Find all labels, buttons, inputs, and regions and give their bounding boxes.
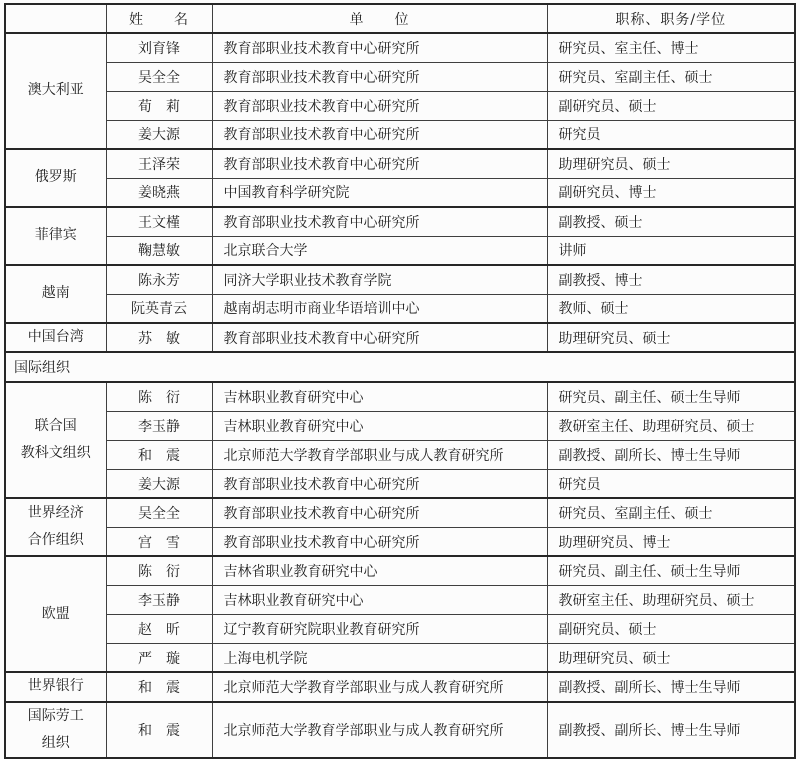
- name-cell: 姜晓燕: [106, 178, 212, 207]
- member-row: 姜晓燕中国教育科学研究院副研究员、博士: [5, 178, 795, 207]
- member-row: 阮英青云越南胡志明市商业华语培训中心教师、硕士: [5, 294, 795, 323]
- title-cell: 副教授、副所长、博士生导师: [547, 702, 795, 759]
- title-cell: 研究员、室主任、博士: [547, 33, 795, 62]
- unit-cell: 吉林职业教育研究中心: [212, 411, 547, 440]
- member-row: 菲律宾王文槿教育部职业技术教育中心研究所副教授、硕士: [5, 207, 795, 236]
- title-cell: 教研室主任、助理研究员、硕士: [547, 585, 795, 614]
- unit-cell: 教育部职业技术教育中心研究所: [212, 33, 547, 62]
- member-row: 李玉静吉林职业教育研究中心教研室主任、助理研究员、硕士: [5, 585, 795, 614]
- country-group: 菲律宾王文槿教育部职业技术教育中心研究所副教授、硕士鞠慧敏北京联合大学讲师: [5, 207, 795, 265]
- country-cell: 俄罗斯: [5, 149, 106, 207]
- country-group: 中国台湾苏 敏教育部职业技术教育中心研究所助理研究员、硕士: [5, 323, 795, 352]
- title-cell: 助理研究员、博士: [547, 527, 795, 556]
- country-cell: 菲律宾: [5, 207, 106, 265]
- name-cell: 阮英青云: [106, 294, 212, 323]
- title-cell: 副教授、副所长、博士生导师: [547, 672, 795, 701]
- name-cell: 荀 莉: [106, 91, 212, 120]
- name-cell: 和 震: [106, 672, 212, 701]
- experts-table: 姓 名 单 位 职称、职务/学位 澳大利亚刘育锋教育部职业技术教育中心研究所研究…: [4, 3, 796, 759]
- title-cell: 教师、硕士: [547, 294, 795, 323]
- member-row: 世界银行和 震北京师范大学教育学部职业与成人教育研究所副教授、副所长、博士生导师: [5, 672, 795, 701]
- unit-cell: 上海电机学院: [212, 643, 547, 672]
- section-row: 国际组织: [5, 352, 795, 382]
- header-unit: 单 位: [212, 4, 547, 33]
- country-group: 世界经济 合作组织吴全全教育部职业技术教育中心研究所研究员、室副主任、硕士宫 雪…: [5, 498, 795, 556]
- country-cell: 国际劳工 组织: [5, 702, 106, 759]
- title-cell: 副教授、硕士: [547, 207, 795, 236]
- member-row: 世界经济 合作组织吴全全教育部职业技术教育中心研究所研究员、室副主任、硕士: [5, 498, 795, 527]
- country-group: 越南陈永芳同济大学职业技术教育学院副教授、博士阮英青云越南胡志明市商业华语培训中…: [5, 265, 795, 323]
- unit-cell: 北京联合大学: [212, 236, 547, 265]
- unit-cell: 教育部职业技术教育中心研究所: [212, 149, 547, 178]
- country-cell: 联合国 教科文组织: [5, 382, 106, 498]
- section-group: 国际组织: [5, 352, 795, 382]
- title-cell: 研究员、副主任、硕士生导师: [547, 382, 795, 411]
- unit-cell: 同济大学职业技术教育学院: [212, 265, 547, 294]
- unit-cell: 越南胡志明市商业华语培训中心: [212, 294, 547, 323]
- name-cell: 严 璇: [106, 643, 212, 672]
- name-cell: 李玉静: [106, 585, 212, 614]
- title-cell: 研究员、室副主任、硕士: [547, 498, 795, 527]
- unit-cell: 教育部职业技术教育中心研究所: [212, 469, 547, 498]
- name-cell: 吴全全: [106, 498, 212, 527]
- title-cell: 教研室主任、助理研究员、硕士: [547, 411, 795, 440]
- name-cell: 和 震: [106, 702, 212, 759]
- unit-cell: 北京师范大学教育学部职业与成人教育研究所: [212, 702, 547, 759]
- unit-cell: 吉林职业教育研究中心: [212, 585, 547, 614]
- title-cell: 副教授、副所长、博士生导师: [547, 440, 795, 469]
- name-cell: 姜大源: [106, 469, 212, 498]
- member-row: 中国台湾苏 敏教育部职业技术教育中心研究所助理研究员、硕士: [5, 323, 795, 352]
- title-cell: 研究员、副主任、硕士生导师: [547, 556, 795, 585]
- country-cell: 欧盟: [5, 556, 106, 672]
- name-cell: 刘育锋: [106, 33, 212, 62]
- title-cell: 研究员: [547, 469, 795, 498]
- unit-cell: 教育部职业技术教育中心研究所: [212, 91, 547, 120]
- document-page: 姓 名 单 位 职称、职务/学位 澳大利亚刘育锋教育部职业技术教育中心研究所研究…: [0, 0, 800, 759]
- member-row: 越南陈永芳同济大学职业技术教育学院副教授、博士: [5, 265, 795, 294]
- member-row: 和 震北京师范大学教育学部职业与成人教育研究所副教授、副所长、博士生导师: [5, 440, 795, 469]
- unit-cell: 教育部职业技术教育中心研究所: [212, 62, 547, 91]
- header-name: 姓 名: [106, 4, 212, 33]
- unit-cell: 吉林职业教育研究中心: [212, 382, 547, 411]
- country-group: 联合国 教科文组织陈 衍吉林职业教育研究中心研究员、副主任、硕士生导师李玉静吉林…: [5, 382, 795, 498]
- title-cell: 研究员: [547, 120, 795, 149]
- country-cell: 世界银行: [5, 672, 106, 701]
- header-row: 姓 名 单 位 职称、职务/学位: [5, 4, 795, 33]
- name-cell: 王文槿: [106, 207, 212, 236]
- title-cell: 助理研究员、硕士: [547, 323, 795, 352]
- header-title: 职称、职务/学位: [547, 4, 795, 33]
- member-row: 姜大源教育部职业技术教育中心研究所研究员: [5, 120, 795, 149]
- name-cell: 陈 衍: [106, 382, 212, 411]
- title-cell: 副研究员、硕士: [547, 91, 795, 120]
- member-row: 李玉静吉林职业教育研究中心教研室主任、助理研究员、硕士: [5, 411, 795, 440]
- name-cell: 陈永芳: [106, 265, 212, 294]
- unit-cell: 北京师范大学教育学部职业与成人教育研究所: [212, 672, 547, 701]
- unit-cell: 教育部职业技术教育中心研究所: [212, 207, 547, 236]
- country-group: 世界银行和 震北京师范大学教育学部职业与成人教育研究所副教授、副所长、博士生导师: [5, 672, 795, 701]
- country-group: 澳大利亚刘育锋教育部职业技术教育中心研究所研究员、室主任、博士吴全全教育部职业技…: [5, 33, 795, 149]
- unit-cell: 中国教育科学研究院: [212, 178, 547, 207]
- unit-cell: 教育部职业技术教育中心研究所: [212, 498, 547, 527]
- country-group: 欧盟陈 衍吉林省职业教育研究中心研究员、副主任、硕士生导师李玉静吉林职业教育研究…: [5, 556, 795, 672]
- name-cell: 宫 雪: [106, 527, 212, 556]
- country-cell: 澳大利亚: [5, 33, 106, 149]
- member-row: 赵 昕辽宁教育研究院职业教育研究所副研究员、硕士: [5, 614, 795, 643]
- member-row: 严 璇上海电机学院助理研究员、硕士: [5, 643, 795, 672]
- name-cell: 吴全全: [106, 62, 212, 91]
- member-row: 俄罗斯王泽荣教育部职业技术教育中心研究所助理研究员、硕士: [5, 149, 795, 178]
- unit-cell: 教育部职业技术教育中心研究所: [212, 120, 547, 149]
- name-cell: 和 震: [106, 440, 212, 469]
- table-header: 姓 名 单 位 职称、职务/学位: [5, 4, 795, 33]
- unit-cell: 吉林省职业教育研究中心: [212, 556, 547, 585]
- member-row: 国际劳工 组织和 震北京师范大学教育学部职业与成人教育研究所副教授、副所长、博士…: [5, 702, 795, 759]
- title-cell: 助理研究员、硕士: [547, 643, 795, 672]
- unit-cell: 教育部职业技术教育中心研究所: [212, 323, 547, 352]
- title-cell: 研究员、室副主任、硕士: [547, 62, 795, 91]
- country-cell: 越南: [5, 265, 106, 323]
- name-cell: 王泽荣: [106, 149, 212, 178]
- member-row: 澳大利亚刘育锋教育部职业技术教育中心研究所研究员、室主任、博士: [5, 33, 795, 62]
- member-row: 欧盟陈 衍吉林省职业教育研究中心研究员、副主任、硕士生导师: [5, 556, 795, 585]
- title-cell: 副教授、博士: [547, 265, 795, 294]
- name-cell: 苏 敏: [106, 323, 212, 352]
- name-cell: 李玉静: [106, 411, 212, 440]
- country-cell: 中国台湾: [5, 323, 106, 352]
- country-group: 俄罗斯王泽荣教育部职业技术教育中心研究所助理研究员、硕士姜晓燕中国教育科学研究院…: [5, 149, 795, 207]
- name-cell: 陈 衍: [106, 556, 212, 585]
- name-cell: 赵 昕: [106, 614, 212, 643]
- country-cell: 世界经济 合作组织: [5, 498, 106, 556]
- member-row: 宫 雪教育部职业技术教育中心研究所助理研究员、博士: [5, 527, 795, 556]
- country-group: 国际劳工 组织和 震北京师范大学教育学部职业与成人教育研究所副教授、副所长、博士…: [5, 702, 795, 759]
- section-cell: 国际组织: [5, 352, 795, 382]
- title-cell: 助理研究员、硕士: [547, 149, 795, 178]
- unit-cell: 教育部职业技术教育中心研究所: [212, 527, 547, 556]
- title-cell: 讲师: [547, 236, 795, 265]
- member-row: 联合国 教科文组织陈 衍吉林职业教育研究中心研究员、副主任、硕士生导师: [5, 382, 795, 411]
- member-row: 鞠慧敏北京联合大学讲师: [5, 236, 795, 265]
- member-row: 姜大源教育部职业技术教育中心研究所研究员: [5, 469, 795, 498]
- name-cell: 鞠慧敏: [106, 236, 212, 265]
- member-row: 荀 莉教育部职业技术教育中心研究所副研究员、硕士: [5, 91, 795, 120]
- unit-cell: 辽宁教育研究院职业教育研究所: [212, 614, 547, 643]
- title-cell: 副研究员、硕士: [547, 614, 795, 643]
- header-country: [5, 4, 106, 33]
- name-cell: 姜大源: [106, 120, 212, 149]
- member-row: 吴全全教育部职业技术教育中心研究所研究员、室副主任、硕士: [5, 62, 795, 91]
- unit-cell: 北京师范大学教育学部职业与成人教育研究所: [212, 440, 547, 469]
- title-cell: 副研究员、博士: [547, 178, 795, 207]
